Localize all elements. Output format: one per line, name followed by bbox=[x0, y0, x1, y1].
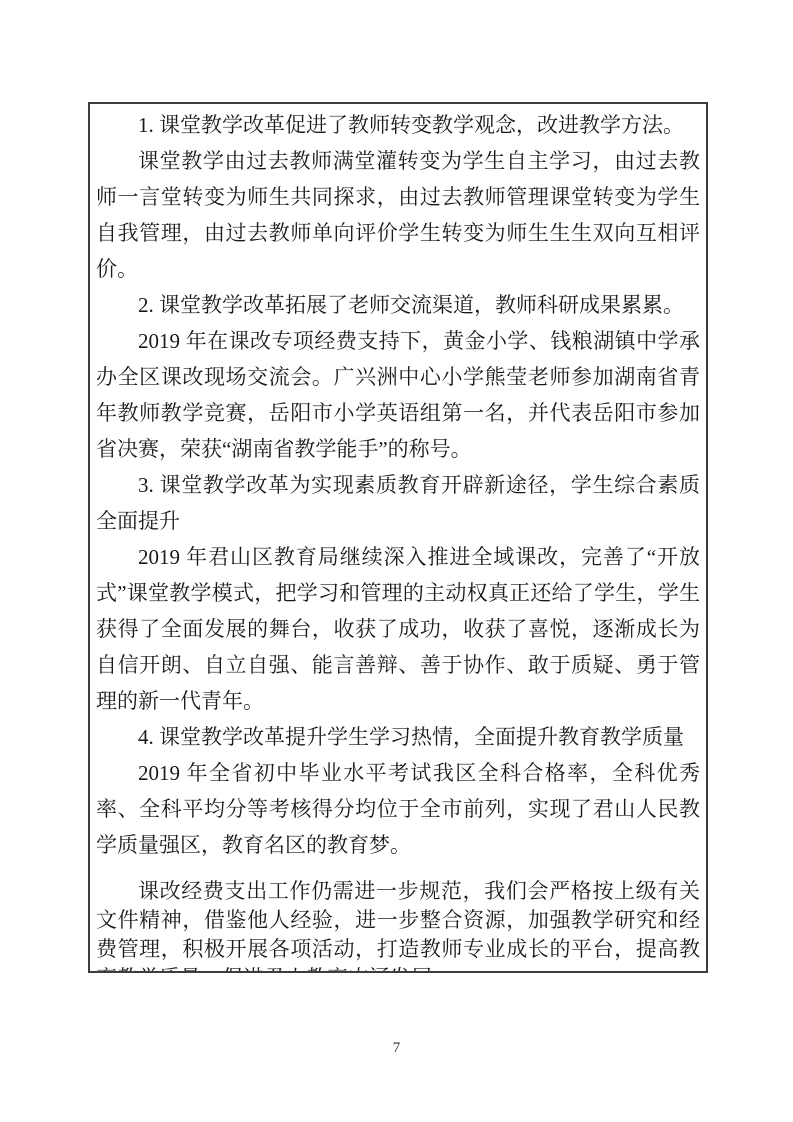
paragraph-heading-3: 3. 课堂教学改革为实现素质教育开辟新途径，学生综合素质全面提升 bbox=[96, 467, 700, 539]
paragraph-body-2: 2019 年在课改专项经费支持下，黄金小学、钱粮湖镇中学承办全区课改现场交流会。… bbox=[96, 323, 700, 467]
paragraph-body-3: 2019 年君山区教育局继续深入推进全域课改，完善了“开放式”课堂教学模式，把学… bbox=[96, 539, 700, 719]
page-number: 7 bbox=[0, 1040, 793, 1057]
paragraph-heading-1: 1. 课堂教学改革促进了教师转变教学观念，改进教学方法。 bbox=[96, 107, 700, 143]
paragraph-body-4: 2019 年全省初中毕业水平考试我区全科合格率，全科优秀率、全科平均分等考核得分… bbox=[96, 755, 700, 863]
paragraph-heading-4: 4. 课堂教学改革提升学生学习热情，全面提升教育教学质量 bbox=[96, 719, 700, 755]
paragraph-body-1: 课堂教学由过去教师满堂灌转变为学生自主学习，由过去教师一言堂转变为师生共同探求，… bbox=[96, 143, 700, 287]
paragraph-conclusion: 课改经费支出工作仍需进一步规范，我们会严格按上级有关文件精神，借鉴他人经验，进一… bbox=[96, 877, 700, 973]
paragraph-heading-2: 2. 课堂教学改革拓展了老师交流渠道，教师科研成果累累。 bbox=[96, 287, 700, 323]
content-table-cell: 1. 课堂教学改革促进了教师转变教学观念，改进教学方法。 课堂教学由过去教师满堂… bbox=[88, 102, 708, 973]
